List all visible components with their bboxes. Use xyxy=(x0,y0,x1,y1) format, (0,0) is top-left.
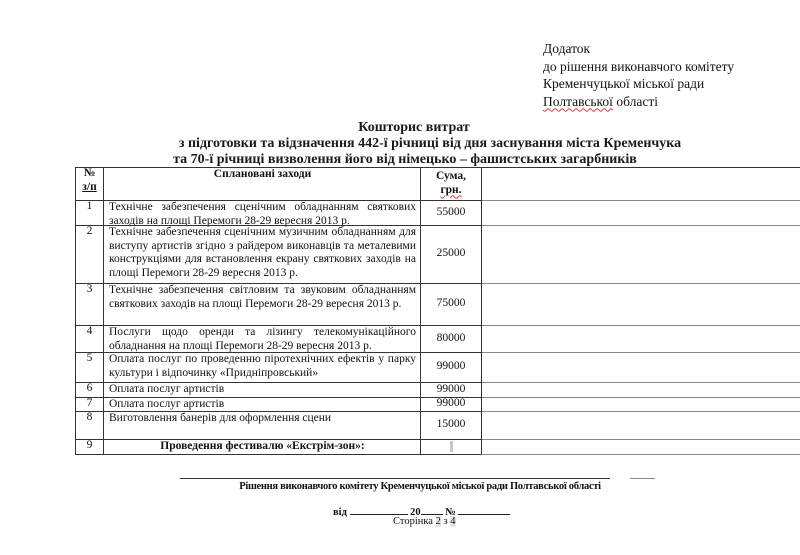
row-description: Оплата послуг артистів xyxy=(103,397,420,411)
page-of: з xyxy=(443,516,447,527)
row-description: Оплата послуг артистів xyxy=(103,382,420,397)
row-number: 4 xyxy=(75,325,103,352)
table-row: 2Технічне забезпечення сценічним музични… xyxy=(75,225,800,283)
table-border xyxy=(75,454,481,455)
year-blank xyxy=(421,505,443,515)
page-total: 4 xyxy=(450,516,455,527)
row-sum: 99000 xyxy=(420,397,481,411)
table-row: 7Оплата послуг артистів99000 xyxy=(75,397,800,411)
table-row: 1Технічне забезпечення сценічним обладна… xyxy=(75,200,800,225)
table-border xyxy=(481,167,482,454)
row-description: Проведення фестивалю «Екстрім-зон»: xyxy=(103,439,420,454)
row-description: Виготовлення банерів для оформлення сцен… xyxy=(103,411,420,439)
row-sum xyxy=(420,439,481,454)
table-row: 8Виготовлення банерів для оформлення сце… xyxy=(75,411,800,439)
text-cursor-icon xyxy=(450,441,453,452)
row-sum: 15000 xyxy=(420,411,481,439)
row-number: №з/п xyxy=(75,167,103,200)
row-sum: 25000 xyxy=(420,225,481,283)
row-description: Оплата послуг по проведенню піротехнічни… xyxy=(103,352,420,382)
row-number: 3 xyxy=(75,283,103,325)
page-current: 2 xyxy=(436,516,441,527)
number-blank xyxy=(458,505,510,515)
table-row: 5Оплата послуг по проведенню піротехнічн… xyxy=(75,352,800,382)
row-sum: 99000 xyxy=(420,352,481,382)
row-number: 9 xyxy=(75,439,103,454)
row-sum: 80000 xyxy=(420,325,481,352)
page-label: Сторінка xyxy=(393,516,433,527)
table-header-row: №з/пСплановані заходиСума,грн. xyxy=(75,167,800,200)
footer-decision-title: Рішення виконавчого комітету Кременчуцьк… xyxy=(0,481,800,492)
row-number: 7 xyxy=(75,397,103,411)
row-description: Технічне забезпечення сценічним обладнан… xyxy=(103,200,420,225)
table-row: 3Технічне забезпечення світловим та звук… xyxy=(75,283,800,325)
row-description: Послуги щодо оренди та лізингу телекомун… xyxy=(103,325,420,352)
table-row: 4Послуги щодо оренди та лізингу телекому… xyxy=(75,325,800,352)
row-number: 8 xyxy=(75,411,103,439)
row-sum: 75000 xyxy=(420,283,481,325)
footer-divider xyxy=(630,478,655,479)
table-row: 6Оплата послуг артистів99000 xyxy=(75,382,800,397)
row-number: 6 xyxy=(75,382,103,397)
row-description: Технічне забезпечення світловим та звуко… xyxy=(103,283,420,325)
row-description: Технічне забезпечення сценічним музичним… xyxy=(103,225,420,283)
row-number: 2 xyxy=(75,225,103,283)
title-subheading: з підготовки та відзначення 442-ї річниц… xyxy=(0,136,800,152)
addendum-region: Полтавської області xyxy=(543,94,658,109)
page-number: Сторінка 2 з 4 xyxy=(393,516,456,527)
row-number: 5 xyxy=(75,352,103,382)
addendum-line: Кременчуцької міської ради xyxy=(543,75,734,93)
date-blank xyxy=(350,505,408,515)
title-subheading: та 70-ї річниці визволення його від німе… xyxy=(0,152,800,168)
row-description: Сплановані заходи xyxy=(103,167,420,200)
row-sum: 55000 xyxy=(420,200,481,225)
footer-divider xyxy=(180,478,610,479)
row-sum: Сума,грн. xyxy=(420,167,481,200)
row-sum: 99000 xyxy=(420,382,481,397)
addendum-title: Додаток xyxy=(543,40,734,58)
title-heading: Кошторис витрат xyxy=(0,120,800,136)
addendum-line: до рішення виконавчого комітету xyxy=(543,58,734,76)
document-title: Кошторис витрат з підготовки та відзначе… xyxy=(0,120,800,168)
date-prefix: від xyxy=(333,507,347,518)
row-number: 1 xyxy=(75,200,103,225)
table-row: 9Проведення фестивалю «Екстрім-зон»: xyxy=(75,439,800,454)
addendum-block: Додаток до рішення виконавчого комітету … xyxy=(543,40,734,110)
table-extension-line xyxy=(481,454,800,455)
addendum-line: Полтавської області xyxy=(543,93,734,111)
